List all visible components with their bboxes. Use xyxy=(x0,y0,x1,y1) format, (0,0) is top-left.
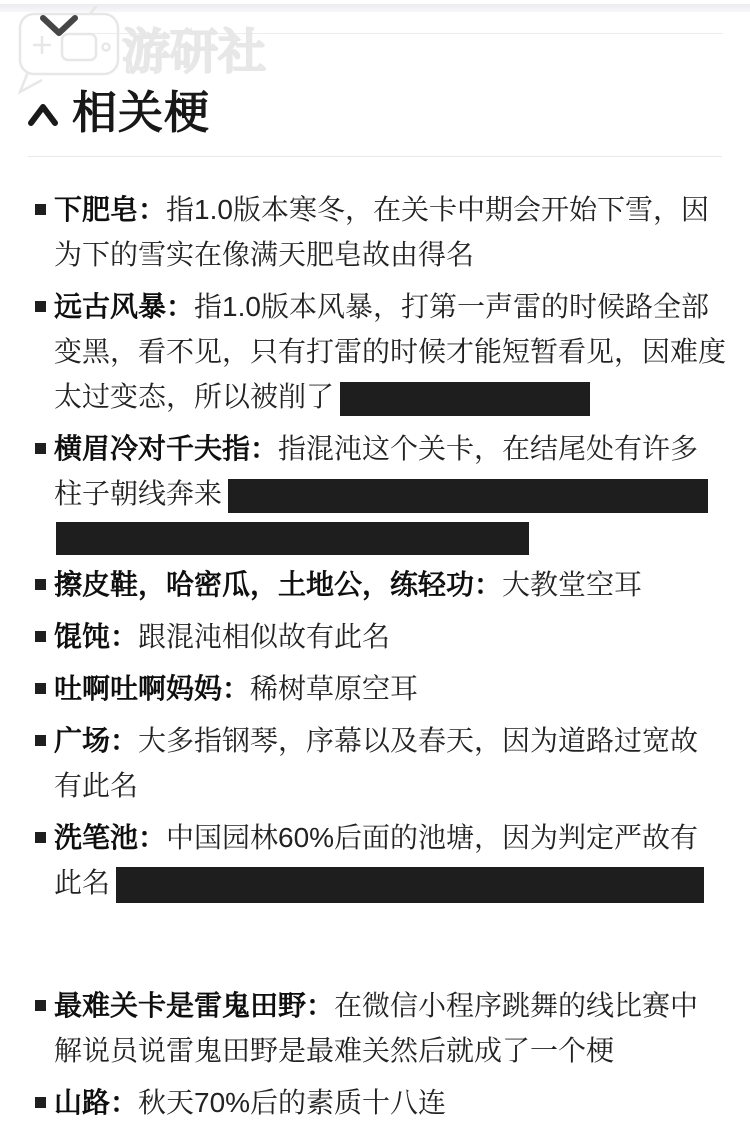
meme-list-item: 馄饨：跟混沌相似故有此名 xyxy=(54,614,726,659)
meme-term: 擦皮鞋，哈密瓜，土地公，练轻功： xyxy=(54,569,502,600)
meme-term: 洗笔池： xyxy=(54,822,166,853)
meme-list-item: 擦皮鞋，哈密瓜，土地公，练轻功：大教堂空耳 xyxy=(54,562,726,607)
section-title: 相关梗 xyxy=(72,86,210,140)
meme-list: 下肥皂：指1.0版本寒冬，在关卡中期会开始下雪，因为下的雪实在像满天肥皂故由得名… xyxy=(0,187,750,1125)
meme-term: 远古风暴： xyxy=(54,291,194,322)
top-shadow-band xyxy=(0,4,750,12)
top-divider xyxy=(80,33,723,34)
meme-list-item: 广场：大多指钢琴，序幕以及春天，因为道路过宽故有此名 xyxy=(54,718,726,808)
meme-list-item: 下肥皂：指1.0版本寒冬，在关卡中期会开始下雪，因为下的雪实在像满天肥皂故由得名 xyxy=(54,187,726,277)
meme-desc: 秋天70%后的素质十八连 xyxy=(138,1087,446,1118)
meme-term: 馄饨： xyxy=(54,621,138,652)
meme-term: 广场： xyxy=(54,725,138,756)
meme-desc: 大多指钢琴，序幕以及春天，因为道路过宽故有此名 xyxy=(54,725,698,801)
redaction-bar xyxy=(116,867,704,903)
section-divider xyxy=(28,156,722,157)
meme-term: 吐啊吐啊妈妈： xyxy=(54,673,250,704)
meme-list-item: 吐啊吐啊妈妈：稀树草原空耳 xyxy=(54,666,726,711)
meme-list-item: 远古风暴：指1.0版本风暴，打第一声雷的时候路全部变黑，看不见，只有打雷的时候才… xyxy=(54,284,726,419)
redaction-bar xyxy=(228,479,708,513)
meme-list-item: 横眉冷对千夫指：指混沌这个关卡，在结尾处有许多柱子朝线奔来 xyxy=(54,426,726,555)
meme-desc: 大教堂空耳 xyxy=(502,569,642,600)
meme-desc: 稀树草原空耳 xyxy=(250,673,418,704)
meme-term: 下肥皂： xyxy=(54,194,166,225)
top-bar: 游研社 xyxy=(0,0,750,46)
meme-list-item: 山路：秋天70%后的素质十八连 xyxy=(54,1080,726,1125)
redaction-bar xyxy=(340,382,590,416)
meme-term: 横眉冷对千夫指： xyxy=(54,433,278,464)
meme-list-item: 最难关卡是雷鬼田野：在微信小程序跳舞的线比赛中解说员说雷鬼田野是最难关然后就成了… xyxy=(54,983,726,1073)
page: { "colors": { "background": "#ffffff", "… xyxy=(0,0,750,1125)
redaction-bar xyxy=(56,522,529,555)
chevron-up-icon[interactable] xyxy=(28,103,58,127)
meme-term: 山路： xyxy=(54,1087,138,1118)
meme-list-item: 洗笔池：中国园林60%后面的池塘，因为判定严故有此名 xyxy=(54,815,726,905)
meme-desc: 跟混沌相似故有此名 xyxy=(138,621,390,652)
section-header[interactable]: 相关梗 xyxy=(28,86,722,140)
meme-term: 最难关卡是雷鬼田野： xyxy=(54,990,334,1021)
chevron-down-icon[interactable] xyxy=(40,15,78,37)
